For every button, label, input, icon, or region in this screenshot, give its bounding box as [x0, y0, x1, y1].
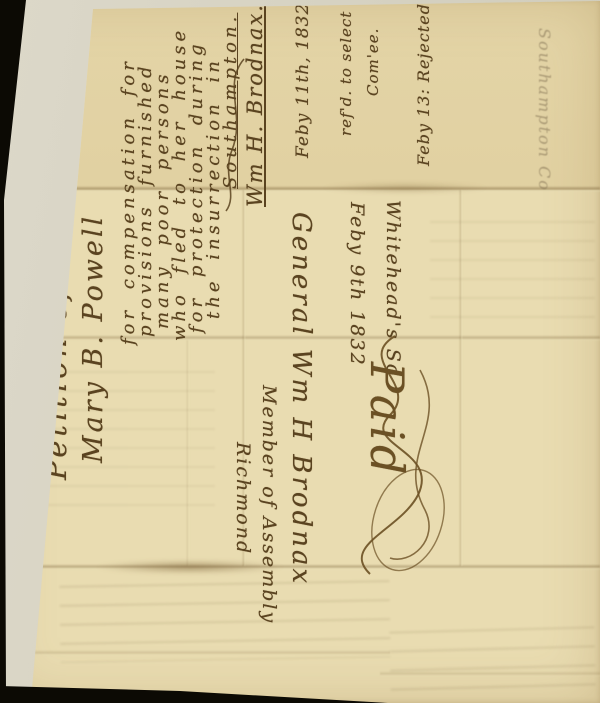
scanned-document-page: 4-3 Petition of Mary B. Powell for compe… [0, 0, 600, 703]
docket-title-line-2: Mary B. Powell [80, 55, 118, 463]
address-line-city: Richmond [222, 442, 252, 592]
signature-paraph-flourish [220, 55, 248, 215]
showthrough-text-region-2 [389, 615, 596, 700]
postal-marking-text: Paid [352, 362, 410, 552]
showthrough-text-region-3 [430, 210, 595, 330]
pencil-note: Southampton Co [528, 28, 552, 178]
endorsement-presenter-signature: Wm H. Brodnax. [245, 15, 275, 207]
endorsement-referral-line-2: Com'ee. [366, 32, 388, 96]
endorsement-date-presented: Feby 11th, 1832 [295, 8, 321, 158]
crease-stain-2 [320, 182, 490, 194]
endorsement-referral-line-1: ref'd. to select [339, 8, 361, 136]
document-paper: 4-3 Petition of Mary B. Powell for compe… [0, 0, 600, 703]
endorsement-outcome: Feby 13: Rejected [416, 40, 440, 166]
